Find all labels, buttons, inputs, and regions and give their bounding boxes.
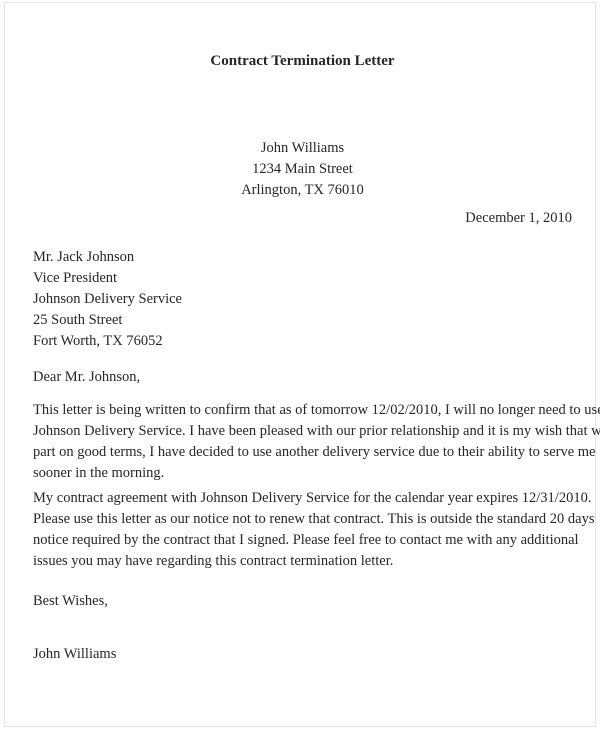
sender-address-line: Arlington, TX 76010 <box>33 180 572 201</box>
body-paragraph-1: This letter is being written to confirm … <box>33 400 572 484</box>
recipient-address-line: Fort Worth, TX 76052 <box>33 331 572 352</box>
salutation: Dear Mr. Johnson, <box>33 367 572 388</box>
sender-address-line: 1234 Main Street <box>33 159 572 180</box>
letter-title: Contract Termination Letter <box>33 50 572 72</box>
sender-address: John Williams 1234 Main Street Arlington… <box>33 138 572 201</box>
sender-address-line: John Williams <box>33 138 572 159</box>
body-paragraph-2: My contract agreement with Johnson Deliv… <box>33 488 572 572</box>
signature-name: John Williams <box>33 644 572 665</box>
letter-page: Contract Termination Letter John William… <box>0 0 600 730</box>
letter-content: Contract Termination Letter John William… <box>33 0 572 665</box>
letter-date: December 1, 2010 <box>33 208 572 229</box>
recipient-address-line: 25 South Street <box>33 310 572 331</box>
recipient-address-line: Mr. Jack Johnson <box>33 247 572 268</box>
recipient-address-line: Vice President <box>33 268 572 289</box>
recipient-address: Mr. Jack Johnson Vice President Johnson … <box>33 247 572 352</box>
recipient-address-line: Johnson Delivery Service <box>33 289 572 310</box>
closing: Best Wishes, <box>33 591 572 612</box>
